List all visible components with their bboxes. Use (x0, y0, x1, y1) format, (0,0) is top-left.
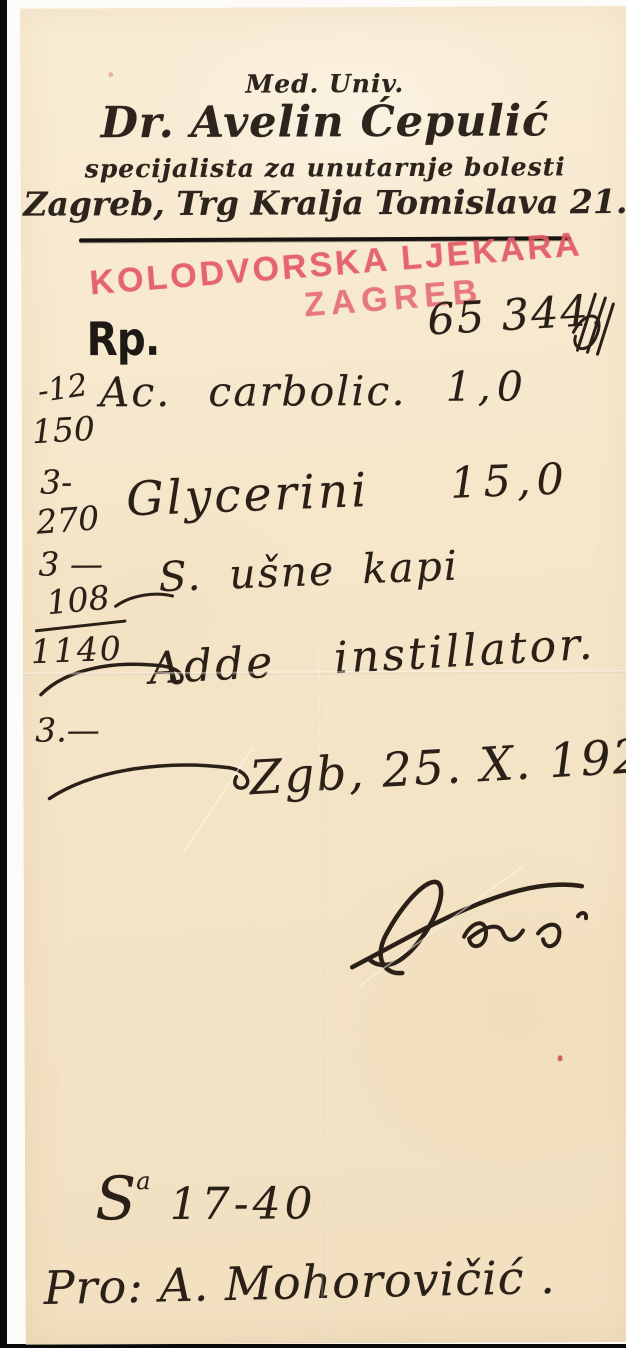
scanned-prescription: Med. Univ. Dr. Avelin Ćepulić specijalis… (0, 0, 626, 1348)
red-ink-speck (558, 1055, 563, 1061)
pink-speck (108, 72, 113, 77)
surface-scratches (20, 6, 626, 1345)
prescription-paper: Med. Univ. Dr. Avelin Ćepulić specijalis… (20, 6, 626, 1345)
